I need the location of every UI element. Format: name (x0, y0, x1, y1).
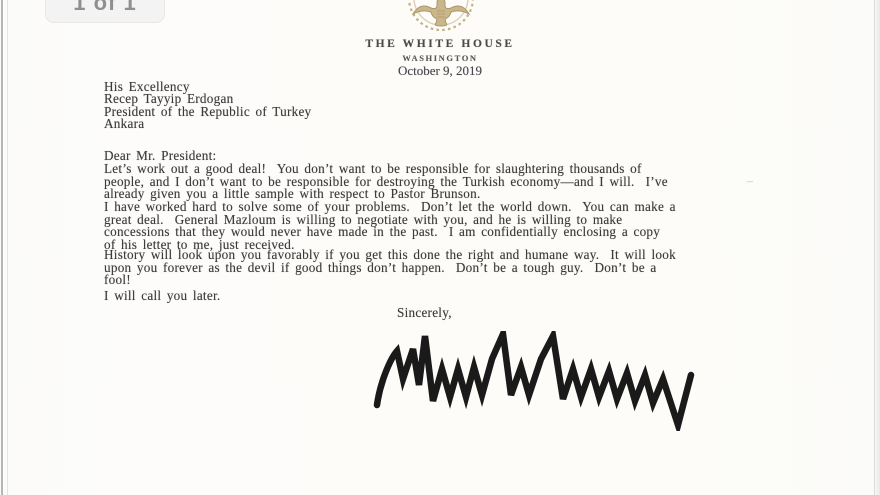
body-paragraph: I will call you later. (104, 290, 220, 303)
letterhead-date: October 9, 2019 (40, 63, 840, 79)
left-edge-line (1, 0, 3, 495)
body-paragraph: History will look upon you favorably if … (104, 249, 676, 287)
right-edge-line (874, 0, 875, 495)
body-paragraph: Let’s work out a good deal! You don’t wa… (104, 163, 668, 201)
page-indicator: 1 of 1 (45, 0, 165, 23)
closing-sincerely: Sincerely, (397, 307, 452, 320)
left-edge-inner-line (7, 0, 8, 495)
body-paragraph: I have worked hard to solve some of your… (104, 201, 676, 251)
recipient-address: His Excellency Recep Tayyip Erdogan Pres… (104, 81, 311, 130)
letterhead-org: THE WHITE HOUSE (40, 38, 840, 50)
letter-page: 1 of 1 THE WHITE HOUSE WASHINGTON Octobe… (0, 0, 880, 495)
trump-signature-icon (370, 331, 698, 431)
letterhead-city: WASHINGTON (40, 53, 840, 63)
presidential-seal-icon (404, 0, 478, 36)
smudge-mark: ~ (745, 174, 755, 190)
